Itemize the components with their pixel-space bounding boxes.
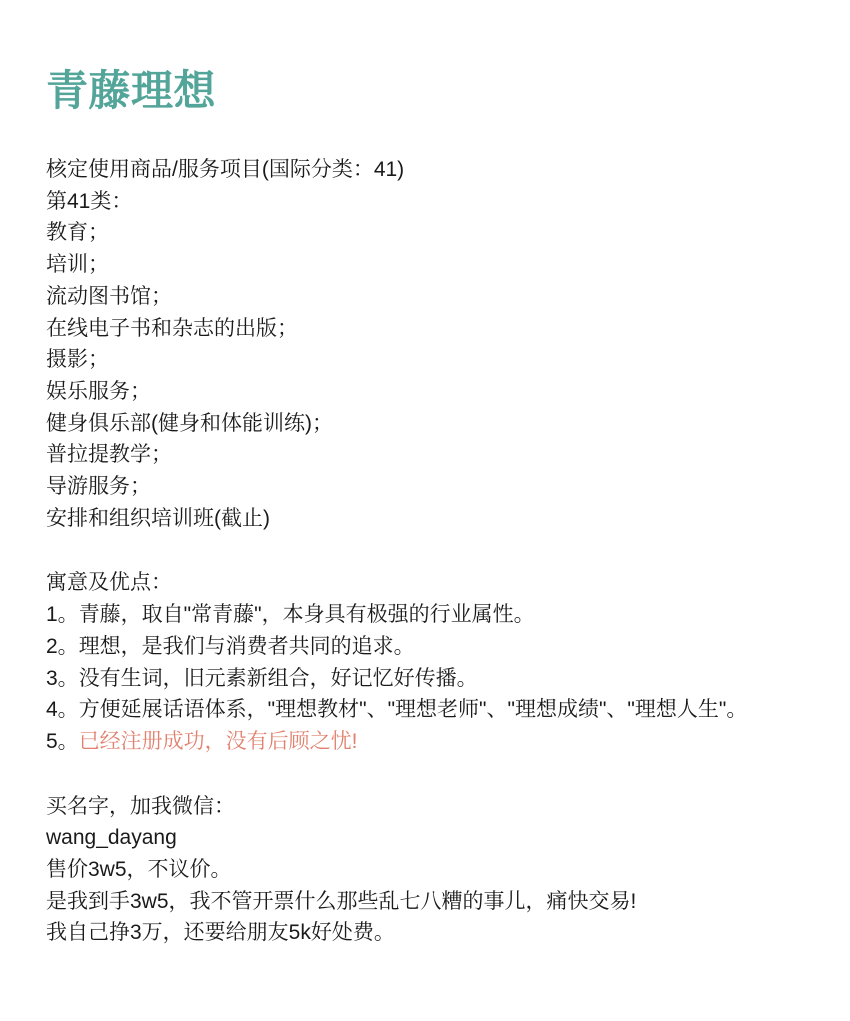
page-title: 青藤理想 <box>46 66 830 116</box>
contact-section: 买名字，加我微信： wang_dayang 售价3w5，不议价。 是我到手3w5… <box>46 791 830 950</box>
page: 青藤理想 核定使用商品/服务项目(国际分类：41) 第41类： 教育； 培训； … <box>0 0 850 1021</box>
deal-line: 是我到手3w5，我不管开票什么那些乱七八糟的事儿，痛快交易! <box>46 886 830 918</box>
advantage-text: 青藤，取自"常青藤"，本身具有极强的行业属性。 <box>79 603 535 626</box>
advantages-section: 寓意及优点： 1。青藤，取自"常青藤"，本身具有极强的行业属性。 2。理想，是我… <box>46 567 830 757</box>
service-item: 在线电子书和杂志的出版； <box>46 313 830 345</box>
goods-services-section: 核定使用商品/服务项目(国际分类：41) 第41类： 教育； 培训； 流动图书馆… <box>46 154 830 534</box>
service-item: 摄影； <box>46 344 830 376</box>
goods-services-intro: 核定使用商品/服务项目(国际分类：41) <box>46 154 830 186</box>
advantage-number: 4。 <box>46 698 79 721</box>
advantage-number: 2。 <box>46 635 79 658</box>
service-item: 培训； <box>46 249 830 281</box>
price-line: 售价3w5，不议价。 <box>46 854 830 886</box>
advantage-item: 5。已经注册成功，没有后顾之忧! <box>46 726 830 758</box>
service-item: 普拉提教学； <box>46 439 830 471</box>
service-item: 健身俱乐部(健身和体能训练)； <box>46 408 830 440</box>
class-label: 第41类： <box>46 186 830 218</box>
advantages-heading: 寓意及优点： <box>46 567 830 599</box>
advantage-text: 方便延展话语体系，"理想教材"、"理想老师"、"理想成绩"、"理想人生"。 <box>79 698 748 721</box>
service-item: 流动图书馆； <box>46 281 830 313</box>
advantage-text: 没有生词，旧元素新组合，好记忆好传播。 <box>79 667 478 690</box>
advantage-text: 理想，是我们与消费者共同的追求。 <box>79 635 415 658</box>
advantage-text-registered: 已经注册成功，没有后顾之忧! <box>79 730 358 753</box>
service-item: 导游服务； <box>46 471 830 503</box>
advantage-item: 1。青藤，取自"常青藤"，本身具有极强的行业属性。 <box>46 599 830 631</box>
advantage-number: 3。 <box>46 667 79 690</box>
contact-intro: 买名字，加我微信： <box>46 791 830 823</box>
advantage-number: 1。 <box>46 603 79 626</box>
advantage-number: 5。 <box>46 730 79 753</box>
service-item: 教育； <box>46 217 830 249</box>
advantage-item: 3。没有生词，旧元素新组合，好记忆好传播。 <box>46 663 830 695</box>
advantage-item: 2。理想，是我们与消费者共同的追求。 <box>46 631 830 663</box>
service-item: 安排和组织培训班(截止) <box>46 503 830 535</box>
service-item: 娱乐服务； <box>46 376 830 408</box>
wechat-id: wang_dayang <box>46 822 830 854</box>
profit-line: 我自己挣3万，还要给朋友5k好处费。 <box>46 917 830 949</box>
advantage-item: 4。方便延展话语体系，"理想教材"、"理想老师"、"理想成绩"、"理想人生"。 <box>46 694 830 726</box>
